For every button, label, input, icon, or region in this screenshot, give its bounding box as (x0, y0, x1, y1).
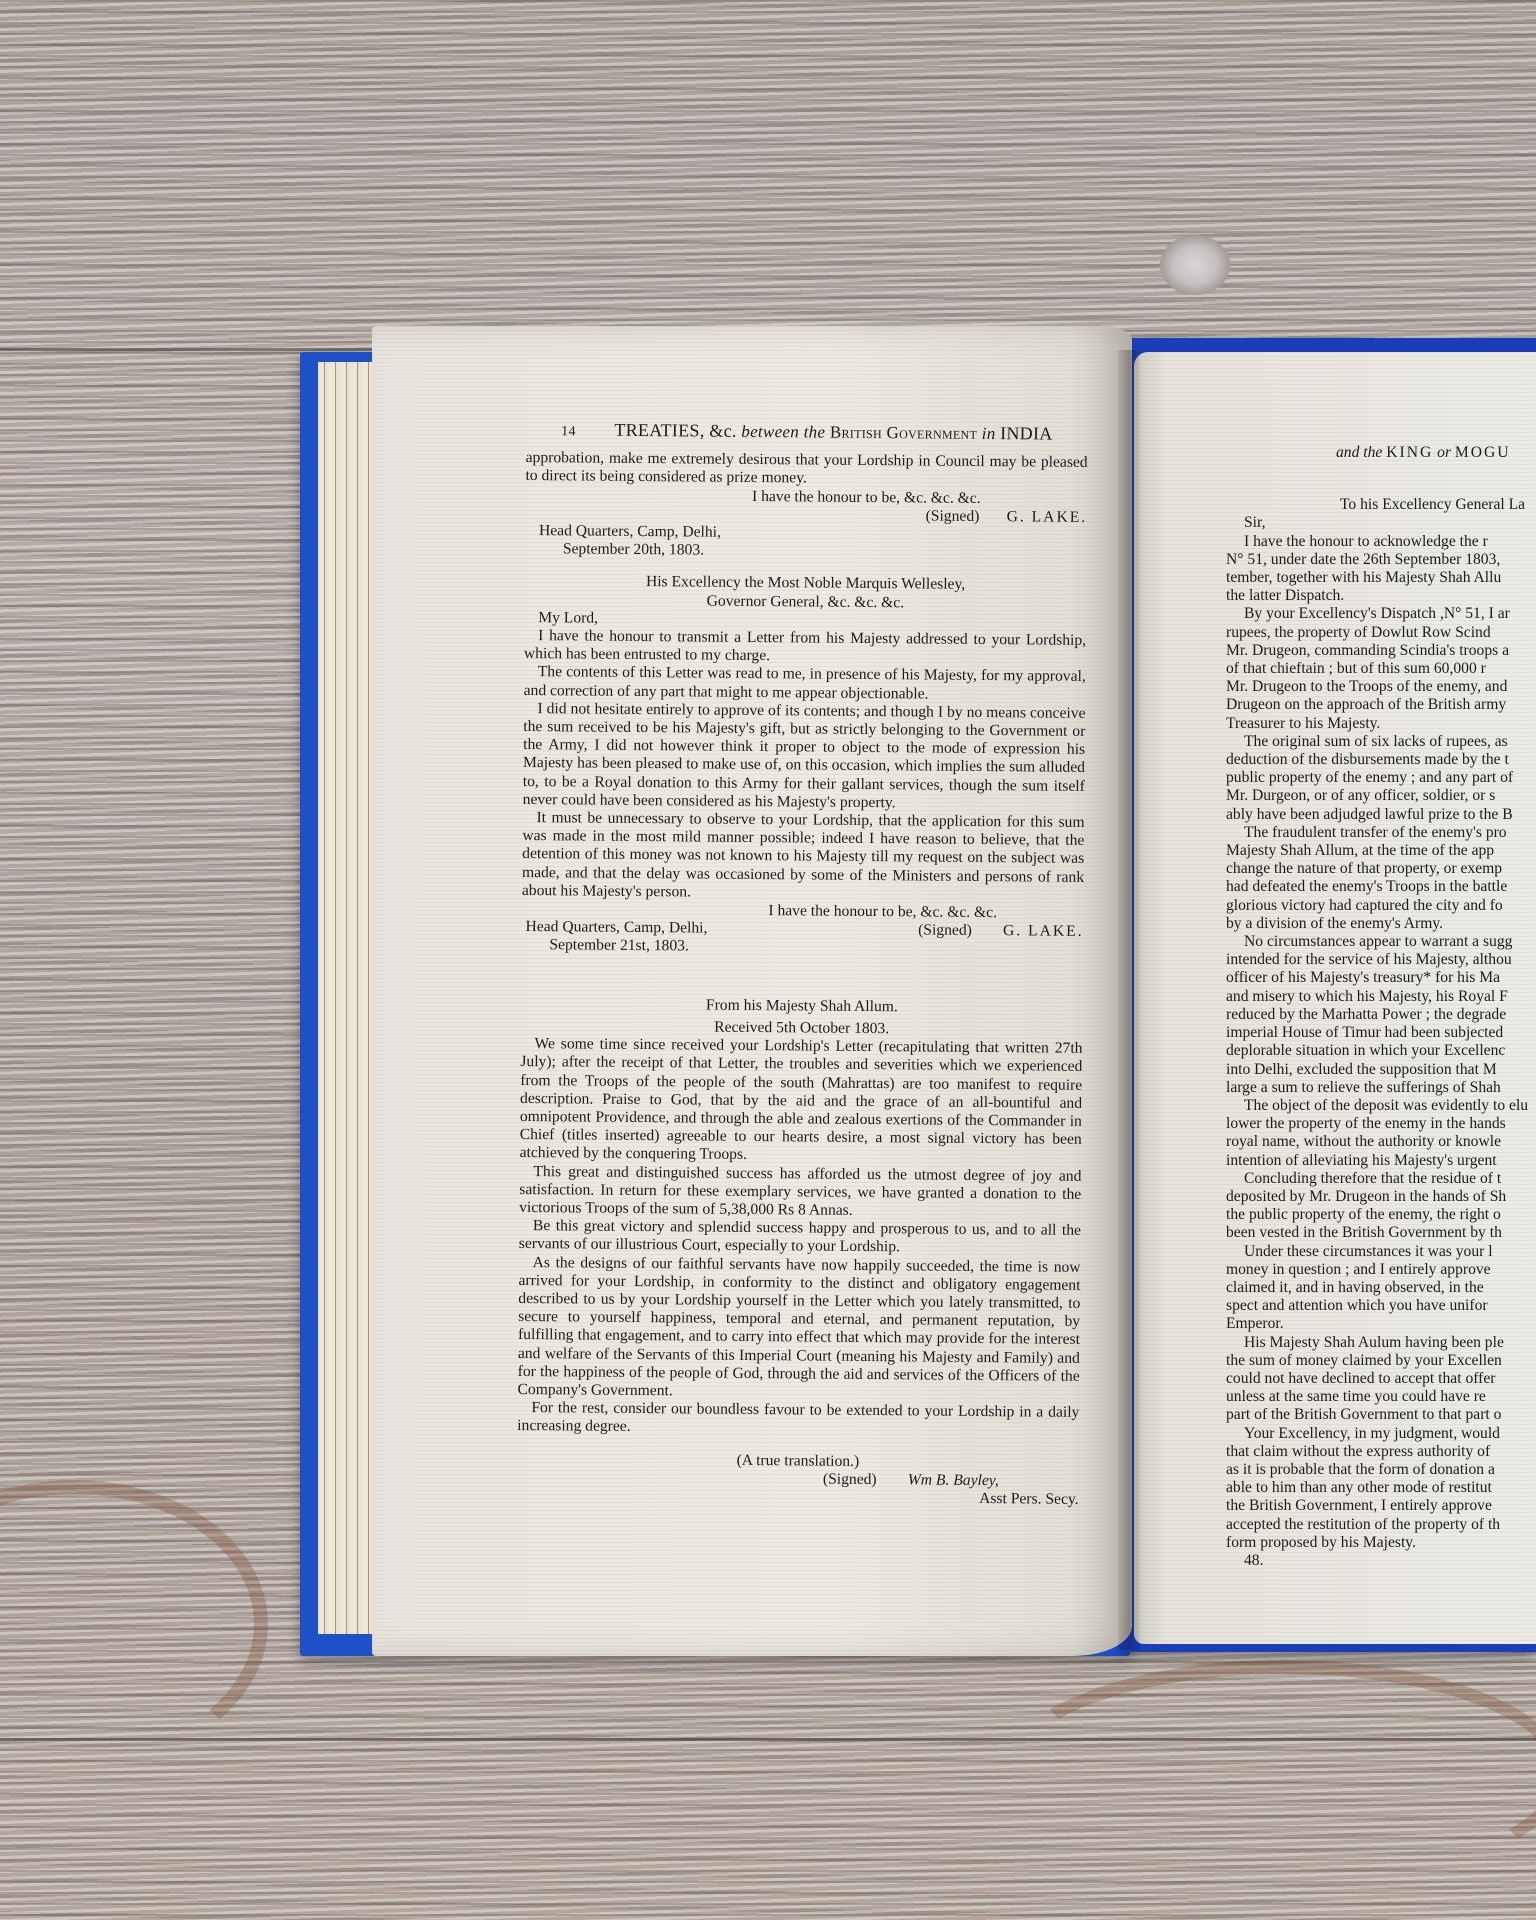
signature: Wm B. Bayley, (908, 1471, 999, 1489)
paragraph: This great and distinguished success has… (519, 1162, 1081, 1222)
text-line: that claim without the express authority… (1226, 1443, 1536, 1461)
paragraph: I did not hesitate entirely to approve o… (523, 700, 1086, 814)
paragraph: I have the honour to transmit a Letter f… (524, 627, 1086, 668)
text-line: and misery to which his Majesty, his Roy… (1226, 988, 1536, 1006)
text-line: deduction of the disbursements made by t… (1226, 751, 1536, 769)
text-line: unless at the same time you could have r… (1226, 1388, 1536, 1406)
text-line: The original sum of six lacks of rupees,… (1226, 733, 1536, 751)
text-line: Mr. Drugeon, commanding Scindia's troops… (1226, 642, 1536, 660)
wood-grain (1000, 1660, 1536, 1888)
page-edges (318, 362, 378, 1634)
running-head: 14 TREATIES, &c. between the British Gov… (526, 420, 1088, 446)
text-line: been vested in the British Government by… (1226, 1224, 1536, 1242)
text-line: form proposed by his Majesty. (1226, 1534, 1536, 1552)
signature-mark: 48. (1226, 1552, 1536, 1570)
text-line: rupees, the property of Dowlut Row Scind (1226, 624, 1536, 642)
text-line: Majesty Shah Allum, at the time of the a… (1226, 842, 1536, 860)
text-line: Mr. Durgeon, or of any officer, soldier,… (1226, 787, 1536, 805)
text-line: change the nature of that property, or e… (1226, 860, 1536, 878)
text-line: the public property of the enemy, the ri… (1226, 1206, 1536, 1224)
book-gutter (1118, 350, 1140, 1650)
text-line: imperial House of Timur had been subject… (1226, 1024, 1536, 1042)
text-line: by a division of the enemy's Army. (1226, 915, 1536, 933)
signature: G. LAKE. (1003, 922, 1084, 940)
text-line: money in question ; and I entirely appro… (1226, 1261, 1536, 1279)
signature-line: (Signed) G. LAKE. (918, 922, 1084, 942)
text-line: His Majesty Shah Aulum having been ple (1226, 1334, 1536, 1352)
text-line: glorious victory had captured the city a… (1226, 897, 1536, 915)
text-line: Your Excellency, in my judgment, would (1226, 1425, 1536, 1443)
text-line: ably have been adjudged lawful prize to … (1226, 806, 1536, 824)
text-line: lower the property of the enemy in the h… (1226, 1115, 1536, 1133)
text-line: Treasurer to his Majesty. (1226, 715, 1536, 733)
paragraph: We some time since received your Lordshi… (520, 1035, 1083, 1167)
letter-heading: To his Excellency General La (1226, 496, 1536, 514)
letter-heading: From his Majesty Shah Allum. (521, 995, 1083, 1018)
text-line: spect and attention which you have unifo… (1226, 1297, 1536, 1315)
page-number: 14 (561, 424, 576, 439)
paragraph: Be this great victory and splendid succe… (519, 1217, 1081, 1258)
paragraph: The contents of this Letter was read to … (524, 663, 1086, 704)
text-line: the sum of money claimed by your Excelle… (1226, 1352, 1536, 1370)
paragraph: As the designs of our faithful servants … (517, 1253, 1080, 1404)
text-line: public property of the enemy ; and any p… (1226, 769, 1536, 787)
text-line: had defeated the enemy's Troops in the b… (1226, 878, 1536, 896)
text-line: claimed it, and in having observed, in t… (1226, 1279, 1536, 1297)
text-line: Under these circumstances it was your l (1226, 1243, 1536, 1261)
right-page-text: and the KING or MOGU To his Excellency G… (1226, 444, 1536, 1570)
text-line: The fraudulent transfer of the enemy's p… (1226, 824, 1536, 842)
text-line: intended for the service of his Majesty,… (1226, 951, 1536, 969)
text-line: intention of alleviating his Majesty's u… (1226, 1152, 1536, 1170)
right-page-lines: I have the honour to acknowledge the rN°… (1226, 533, 1536, 1552)
paragraph: approbation, make me extremely desirous … (525, 449, 1087, 490)
text-line: The object of the deposit was evidently … (1226, 1097, 1536, 1115)
place: Head Quarters, Camp, Delhi, (521, 918, 707, 938)
text-line: Concluding therefore that the residue of… (1226, 1170, 1536, 1188)
paragraph: For the rest, consider our boundless fav… (517, 1399, 1079, 1440)
text-line: No circumstances appear to warrant a sug… (1226, 933, 1536, 951)
text-line: the latter Dispatch. (1226, 587, 1536, 605)
text-line: as it is probable that the form of donat… (1226, 1461, 1536, 1479)
text-line: tember, together with his Majesty Shah A… (1226, 569, 1536, 587)
text-line: accepted the restitution of the property… (1226, 1516, 1536, 1534)
wood-grain (0, 1480, 268, 1768)
text-line: large a sum to relieve the sufferings of… (1226, 1079, 1536, 1097)
text-line: Emperor. (1226, 1315, 1536, 1333)
text-line: Drugeon on the approach of the British a… (1226, 696, 1536, 714)
text-line: officer of his Majesty's treasury* for h… (1226, 969, 1536, 987)
text-line: the British Government, I entirely appro… (1226, 1497, 1536, 1515)
wood-knot (1160, 235, 1230, 295)
text-line: By your Excellency's Dispatch ,N° 51, I … (1226, 605, 1536, 623)
text-line: reduced by the Marhatta Power ; the degr… (1226, 1006, 1536, 1024)
text-line: part of the British Government to that p… (1226, 1406, 1536, 1424)
salutation: Sir, (1226, 514, 1536, 532)
text-line: could not have declined to accept that o… (1226, 1370, 1536, 1388)
text-line: N° 51, under date the 26th September 180… (1226, 551, 1536, 569)
text-line: deplorable situation in which your Excel… (1226, 1042, 1536, 1060)
text-line: Mr. Drugeon to the Troops of the enemy, … (1226, 678, 1536, 696)
left-page-text: 14 TREATIES, &c. between the British Gov… (517, 420, 1088, 1509)
text-line: able to him than any other mode of resti… (1226, 1479, 1536, 1497)
paragraph: It must be unnecessary to observe to you… (522, 809, 1085, 905)
signature: G. LAKE. (1007, 508, 1088, 526)
text-line: I have the honour to acknowledge the r (1226, 533, 1536, 551)
text-line: royal name, without the authority or kno… (1226, 1133, 1536, 1151)
text-line: of that chieftain ; but of this sum 60,0… (1226, 660, 1536, 678)
text-line: deposited by Mr. Drugeon in the hands of… (1226, 1188, 1536, 1206)
running-head: and the KING or MOGU (1226, 444, 1536, 462)
text-line: into Delhi, excluded the supposition tha… (1226, 1061, 1536, 1079)
